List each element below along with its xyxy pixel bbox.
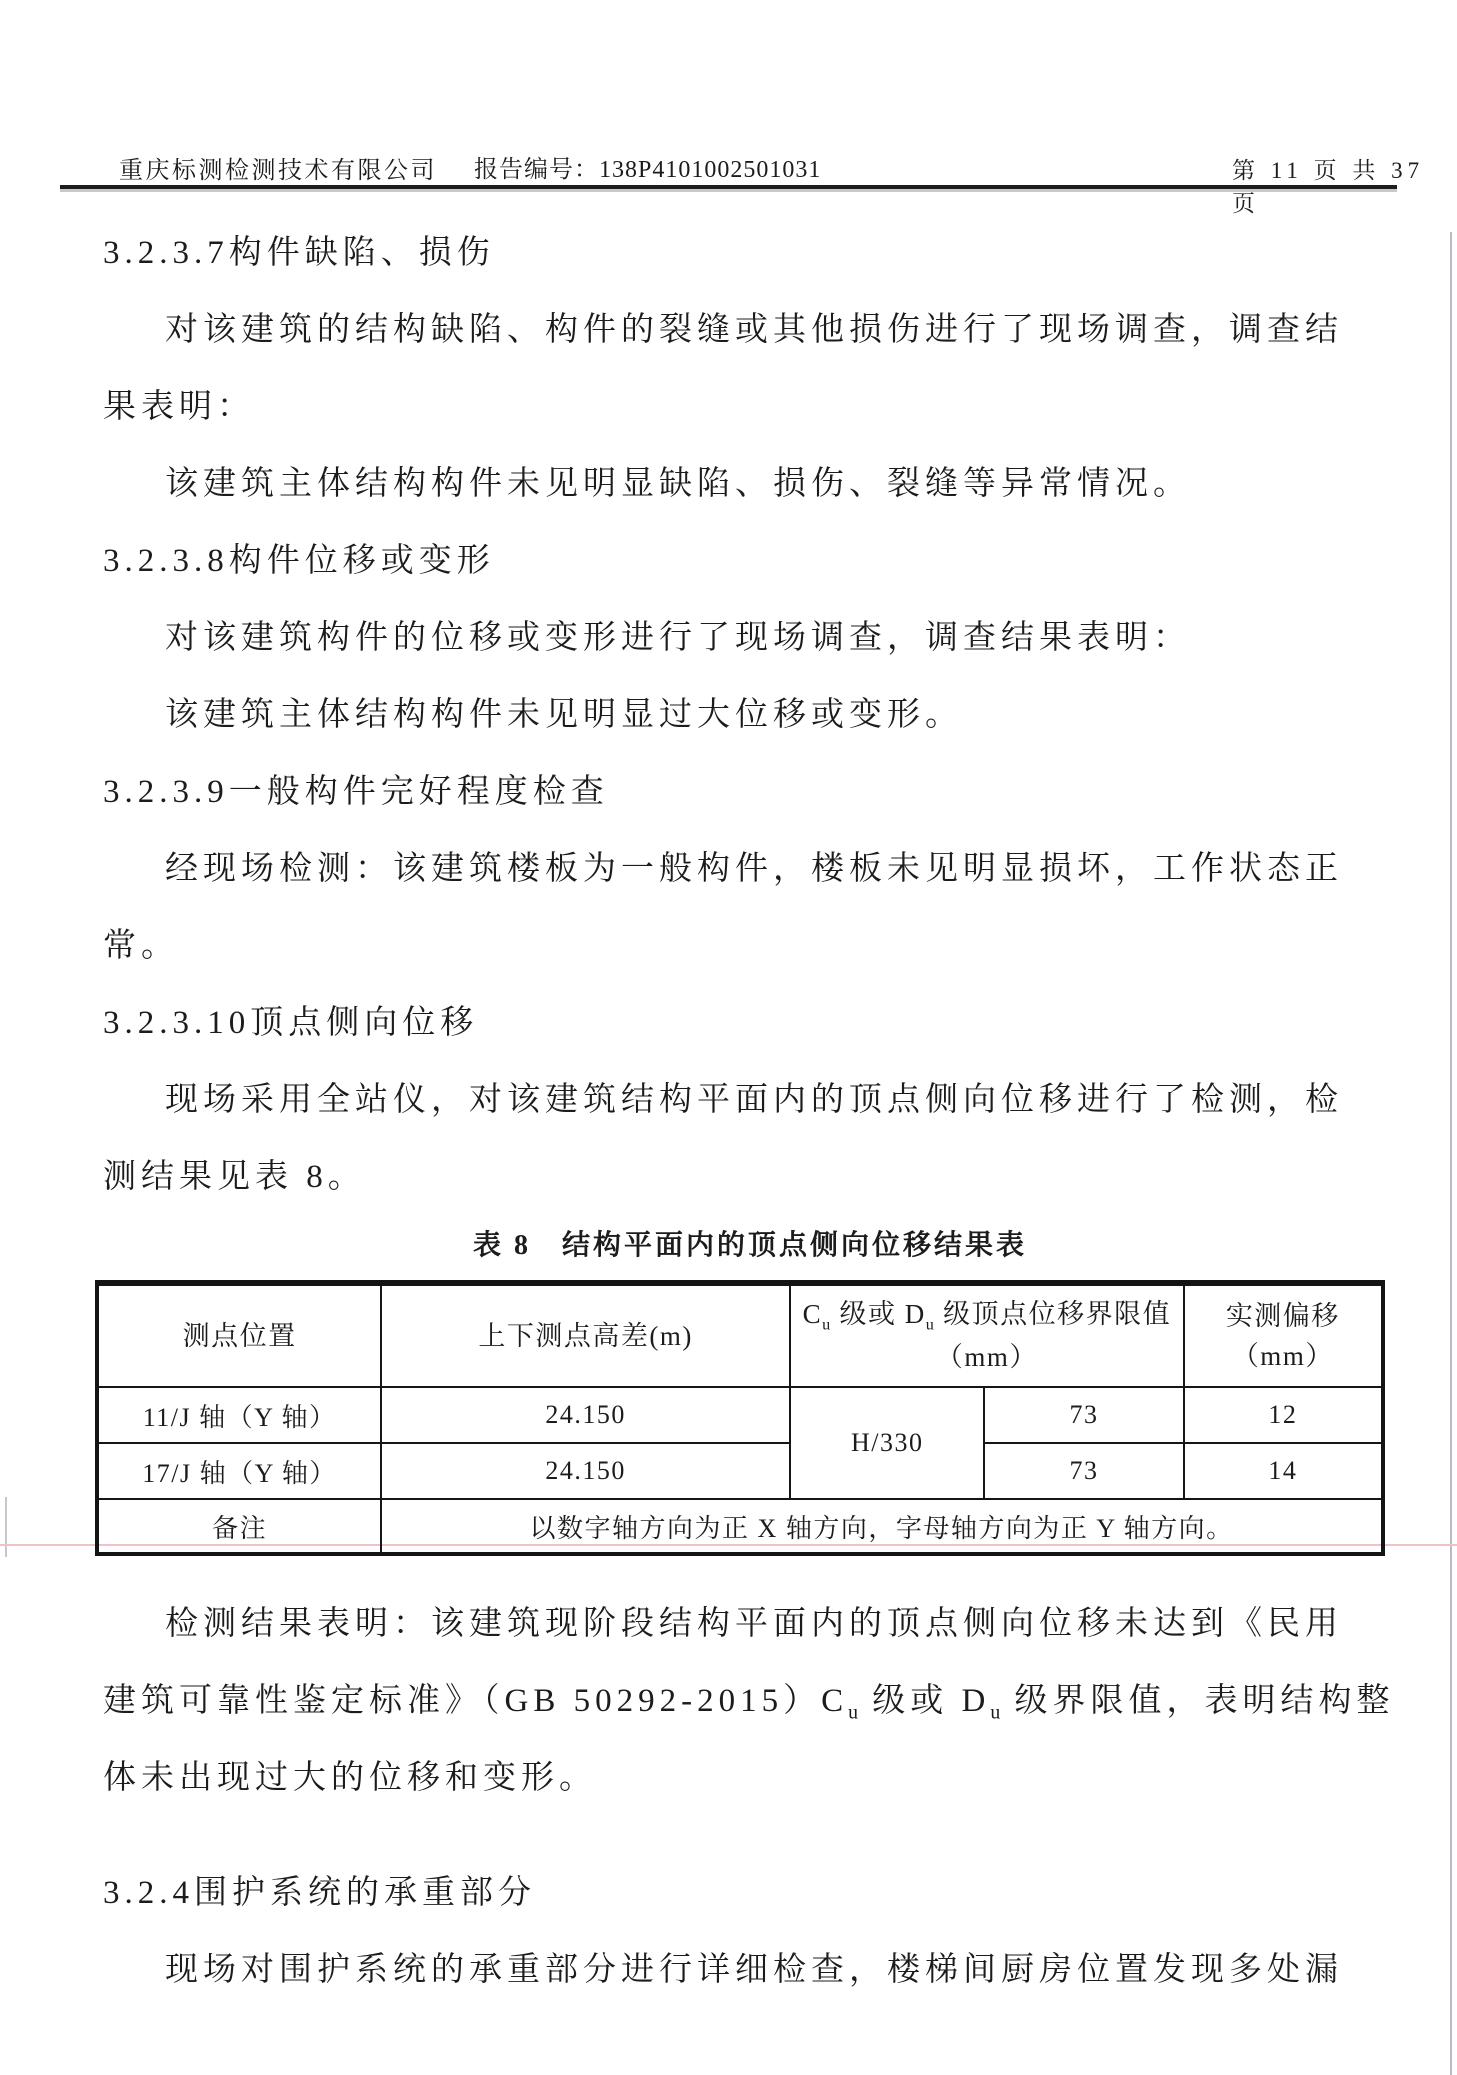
cell-limit-value: 73 [984,1387,1183,1443]
cell-limit-expression: H/330 [790,1387,984,1499]
subscript-u: u [990,1702,1001,1724]
col-header-limit-text: 级顶点位移界限值（mm） [935,1299,1171,1372]
cell-measured-value: 14 [1184,1443,1383,1499]
body-line-gb-standard: 建筑可靠性鉴定标准》（GB 50292-2015）Cu 级或 Du 级界限值，表… [103,1663,1397,1740]
report-number-value: 138P4101002501031 [599,157,821,183]
cell-height-diff: 24.150 [381,1443,790,1499]
report-number: 报告编号：138P4101002501031 [474,149,821,184]
section-heading-3-2-4: 3.2.4围护系统的承重部分 [103,1855,1397,1932]
note-label: 备注 [97,1499,381,1554]
gb-line-text: 建筑可靠性鉴定标准》（GB 50292-2015）C [103,1683,848,1719]
subscript-u: u [822,1316,831,1334]
body-line: 测结果见表 8。 [103,1139,1397,1216]
section-heading-3-2-3-10: 3.2.3.10顶点侧向位移 [103,985,1397,1062]
scan-edge-line [1450,232,1452,2075]
body-line: 果表明： [103,369,1397,446]
body-line: 该建筑主体结构构件未见明显过大位移或变形。 [103,677,1397,754]
table-note-row: 备注 以数字轴方向为正 X 轴方向，字母轴方向为正 Y 轴方向。 [97,1499,1383,1554]
report-number-label: 报告编号： [474,157,599,183]
table-8: 测点位置 上下测点高差(m) Cu 级或 Du 级顶点位移界限值（mm） 实测偏… [95,1280,1385,1556]
body-line: 现场采用全站仪，对该建筑结构平面内的顶点侧向位移进行了检测，检 [103,1062,1397,1139]
table-header-row: 测点位置 上下测点高差(m) Cu 级或 Du 级顶点位移界限值（mm） 实测偏… [97,1283,1383,1387]
col-header-limit-text: C [803,1299,823,1329]
body-line: 对该建筑构件的位移或变形进行了现场调查，调查结果表明： [103,600,1397,677]
document-body: 3.2.3.7构件缺陷、损伤 对该建筑的结构缺陷、构件的裂缝或其他损伤进行了现场… [103,215,1397,2009]
body-line: 该建筑主体结构构件未见明显缺陷、损伤、裂缝等异常情况。 [103,446,1397,523]
col-header-position: 测点位置 [97,1283,381,1387]
scan-edge-tick [5,1497,7,1557]
section-heading-3-2-3-8: 3.2.3.8构件位移或变形 [103,523,1397,600]
table-8-title: 表 8 结构平面内的顶点侧向位移结果表 [103,1216,1397,1280]
cell-measured-value: 12 [1184,1387,1383,1443]
document-page: 重庆标测检测技术有限公司 报告编号：138P4101002501031 第 11… [0,0,1457,2075]
header-rule [60,185,1397,189]
subscript-u: u [926,1316,935,1334]
body-line: 检测结果表明：该建筑现阶段结构平面内的顶点侧向位移未达到《民用 [103,1586,1397,1663]
body-line: 经现场检测：该建筑楼板为一般构件，楼板未见明显损坏，工作状态正 [103,831,1397,908]
cell-height-diff: 24.150 [381,1387,790,1443]
body-line: 常。 [103,908,1397,985]
body-line: 对该建筑的结构缺陷、构件的裂缝或其他损伤进行了现场调查，调查结 [103,292,1397,369]
col-header-measured: 实测偏移（mm） [1184,1283,1383,1387]
cell-position: 17/J 轴（Y 轴） [97,1443,381,1499]
table-row: 11/J 轴（Y 轴） 24.150 H/330 73 12 [97,1387,1383,1443]
cell-position: 11/J 轴（Y 轴） [97,1387,381,1443]
cell-limit-value: 73 [984,1443,1183,1499]
subscript-u: u [848,1702,859,1724]
company-name: 重庆标测检测技术有限公司 [119,150,437,185]
section-heading-3-2-3-9: 3.2.3.9一般构件完好程度检查 [103,754,1397,831]
col-header-limit-text: 级或 D [831,1299,926,1329]
body-line: 现场对围护系统的承重部分进行详细检查，楼梯间厨房位置发现多处漏 [103,1932,1397,2009]
gb-line-text: 级或 D [859,1683,990,1719]
section-heading-3-2-3-7: 3.2.3.7构件缺陷、损伤 [103,215,1397,292]
table-row: 17/J 轴（Y 轴） 24.150 73 14 [97,1443,1383,1499]
note-text: 以数字轴方向为正 X 轴方向，字母轴方向为正 Y 轴方向。 [381,1499,1383,1554]
gb-line-text: 级界限值，表明结构整 [1001,1683,1394,1719]
col-header-height-diff: 上下测点高差(m) [381,1283,790,1387]
col-header-limit: Cu 级或 Du 级顶点位移界限值（mm） [790,1283,1184,1387]
body-line: 体未出现过大的位移和变形。 [103,1740,1397,1817]
